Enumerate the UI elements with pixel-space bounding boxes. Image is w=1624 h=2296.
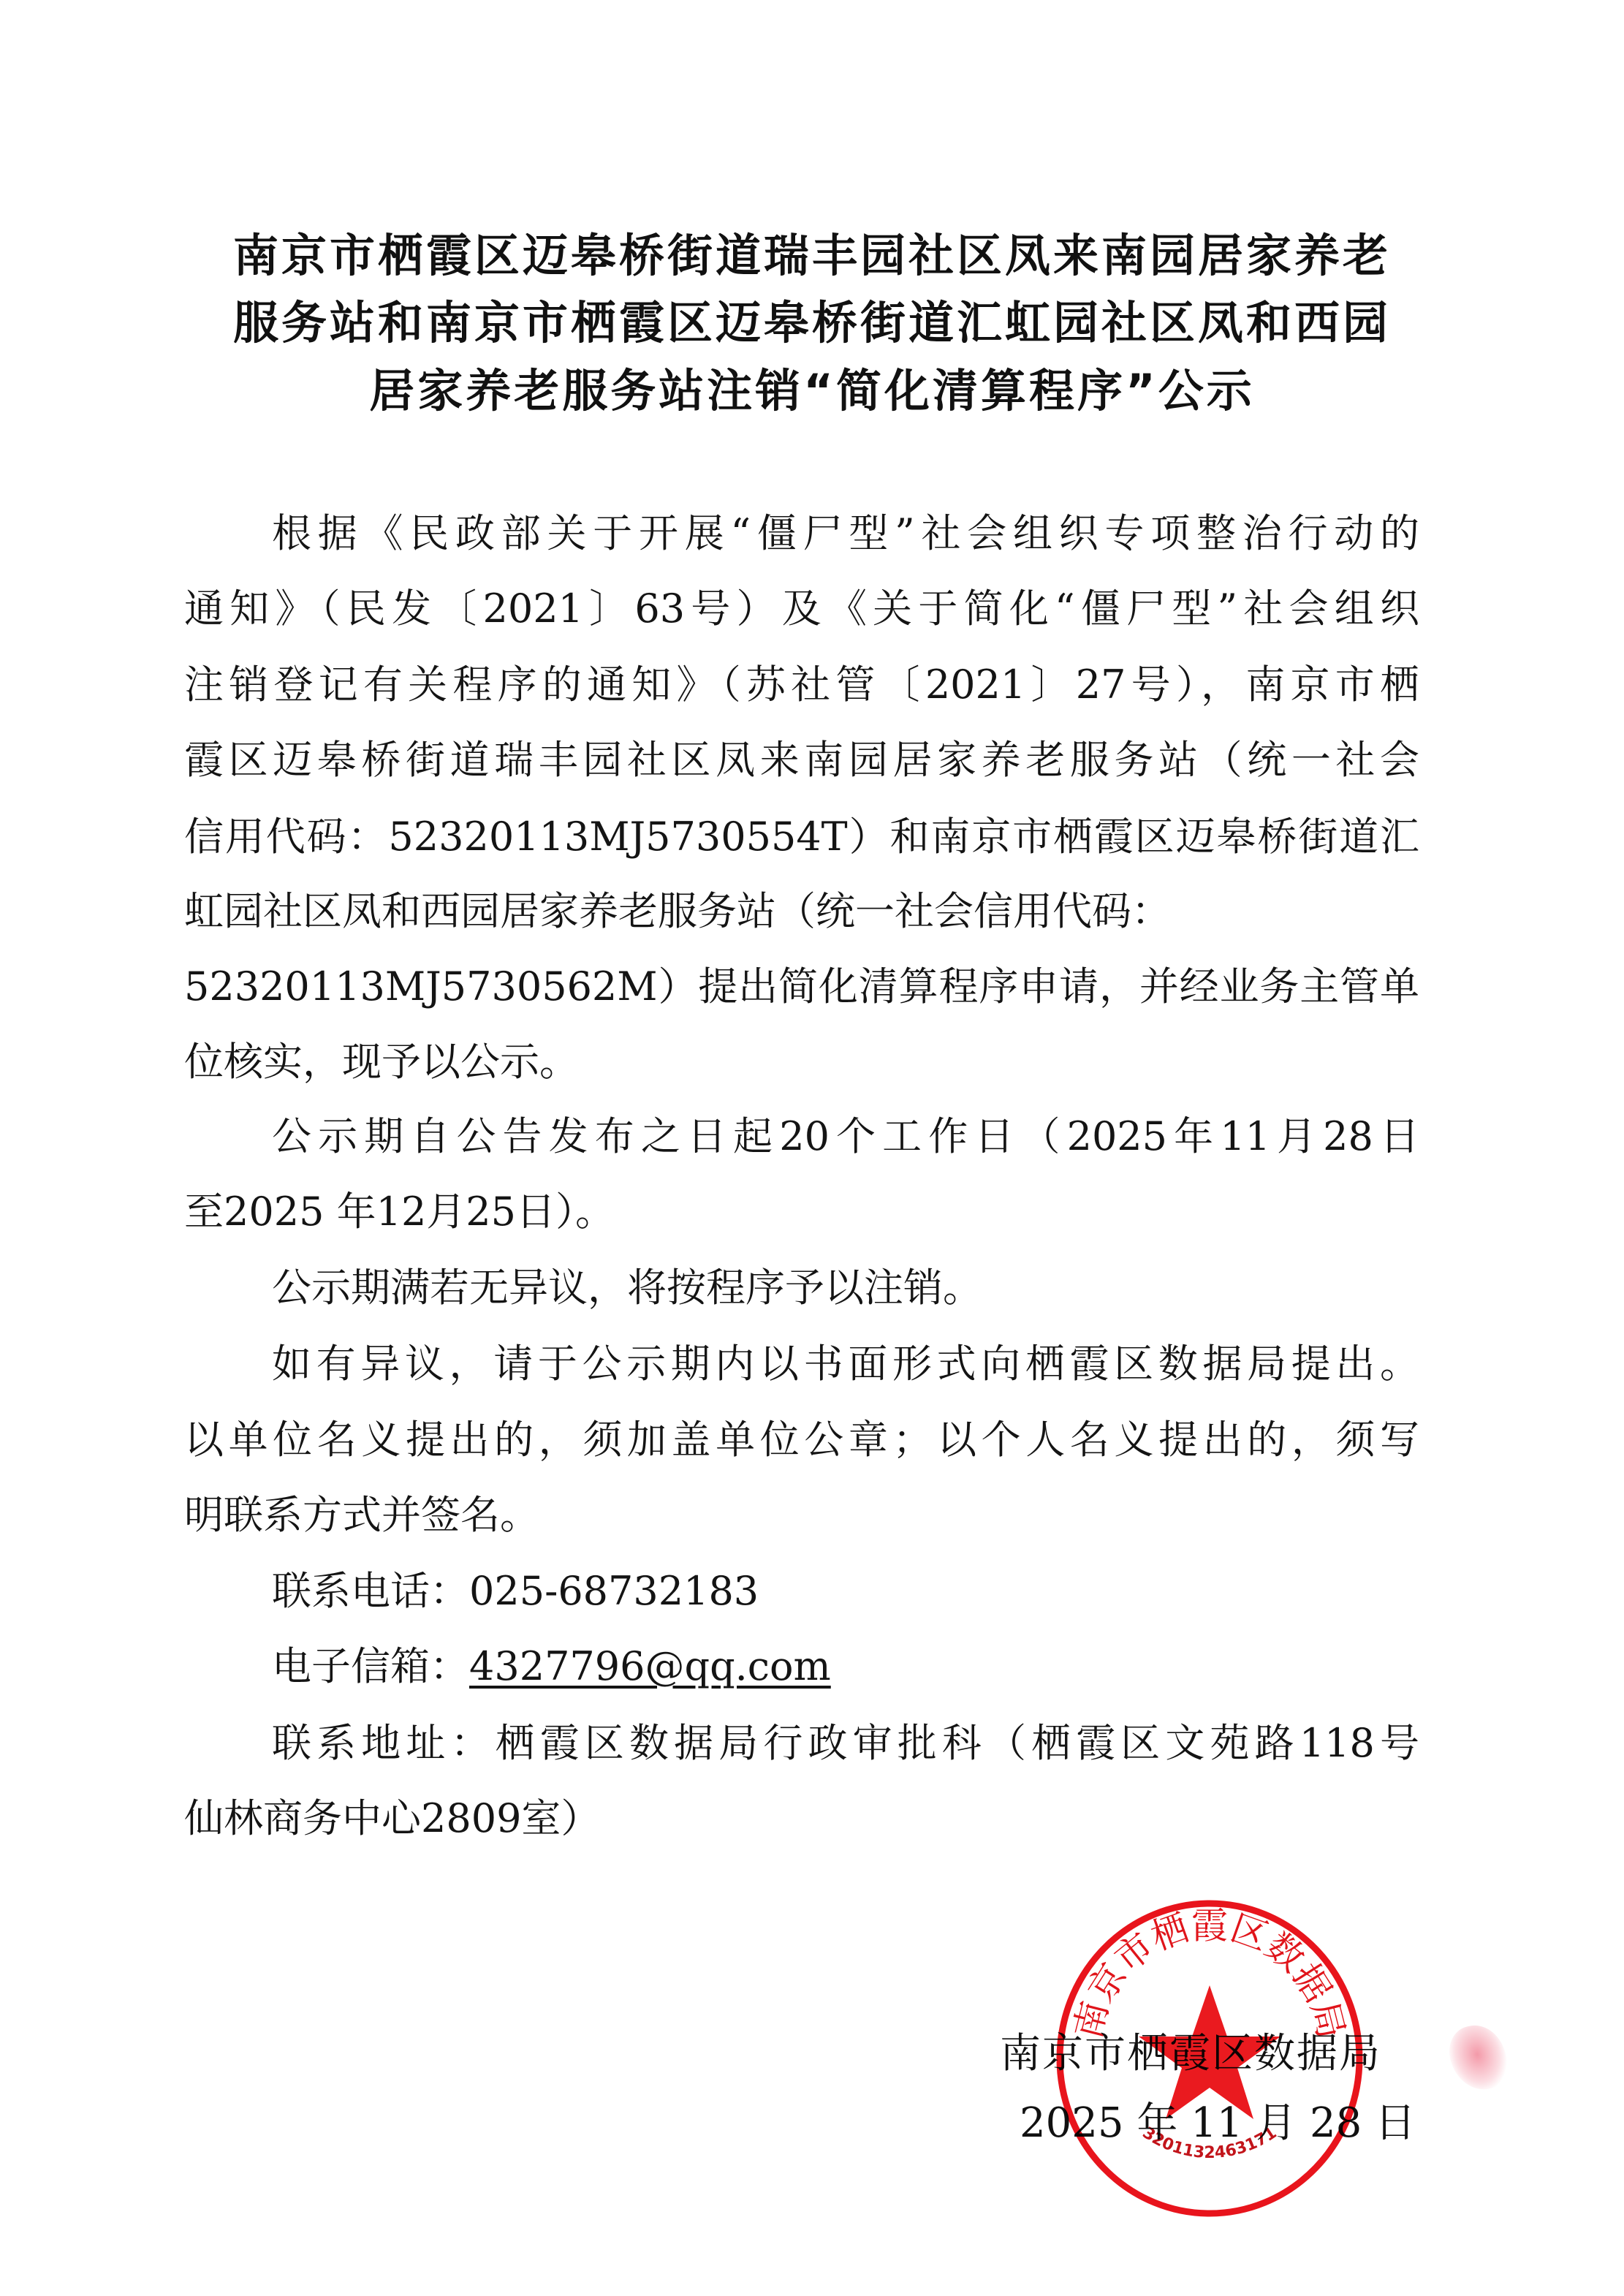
title-line-3: 居家养老服务站注销“简化清算程序”公示 bbox=[0, 362, 1624, 420]
address-label: 联系地址： bbox=[272, 1720, 496, 1766]
contact-address-row: 联系地址：栖霞区数据局行政审批科（栖霞区文苑路118号 bbox=[272, 1718, 1419, 1769]
notice-page: 南京市栖霞区迈皋桥街道瑞丰园社区凤来南园居家养老 服务站和南京市栖霞区迈皋桥街道… bbox=[0, 0, 1624, 2296]
contact-email-row: 电子信箱：4327796@qq.com bbox=[272, 1641, 1419, 1692]
body-line: 明联系方式并签名。 bbox=[184, 1490, 1419, 1541]
body-line: 霞区迈皋桥街道瑞丰园社区凤来南园居家养老服务站（统一社会 bbox=[184, 735, 1419, 786]
star-icon bbox=[1139, 1985, 1280, 2119]
body-line: 位核实，现予以公示。 bbox=[184, 1037, 1419, 1088]
phone-value: 025-68732183 bbox=[469, 1568, 759, 1614]
body-line: 虹园社区凤和西园居家养老服务站（统一社会信用代码： bbox=[184, 886, 1419, 937]
body-line: 52320113MJ5730562M）提出简化清算程序申请，并经业务主管单 bbox=[184, 961, 1419, 1012]
body-line: 信用代码：52320113MJ5730554T）和南京市栖霞区迈皋桥街道汇 bbox=[184, 811, 1419, 863]
official-seal-icon: 南京市栖霞区数据局 3201132463171 bbox=[1052, 1898, 1367, 2219]
address-value: 栖霞区数据局行政审批科（栖霞区文苑路118号 bbox=[496, 1720, 1419, 1766]
body-line: 公示期满若无异议，将按程序予以注销。 bbox=[272, 1262, 1419, 1314]
email-label: 电子信箱： bbox=[272, 1643, 469, 1689]
email-link[interactable]: 4327796@qq.com bbox=[469, 1643, 831, 1689]
title-line-1: 南京市栖霞区迈皋桥街道瑞丰园社区凤来南园居家养老 bbox=[0, 227, 1624, 285]
title-line-2: 服务站和南京市栖霞区迈皋桥街道汇虹园社区凤和西园 bbox=[0, 294, 1624, 352]
contact-address-continued: 仙林商务中心2809室） bbox=[184, 1793, 1419, 1844]
contact-phone-row: 联系电话：025-68732183 bbox=[272, 1566, 1419, 1617]
body-line: 公示期自公告发布之日起20个工作日（2025年11月28日 bbox=[272, 1111, 1419, 1162]
body-line: 至2025 年12月25日）。 bbox=[184, 1186, 1419, 1238]
body-line: 通知》（民发〔2021〕63号）及《关于简化“僵尸型”社会组织 bbox=[184, 583, 1419, 634]
body-line: 注销登记有关程序的通知》（苏社管〔2021〕27号），南京市栖 bbox=[184, 659, 1419, 711]
body-line: 根据《民政部关于开展“僵尸型”社会组织专项整治行动的 bbox=[272, 508, 1419, 559]
ink-smudge bbox=[1443, 2019, 1514, 2096]
body-line: 如有异议，请于公示期内以书面形式向栖霞区数据局提出。 bbox=[272, 1338, 1419, 1390]
seal-serial-number: 3201132463171 bbox=[1139, 2123, 1280, 2162]
svg-text:3201132463171: 3201132463171 bbox=[1139, 2123, 1280, 2162]
body-line: 以单位名义提出的，须加盖单位公章；以个人名义提出的，须写 bbox=[184, 1414, 1419, 1466]
phone-label: 联系电话： bbox=[272, 1568, 469, 1614]
